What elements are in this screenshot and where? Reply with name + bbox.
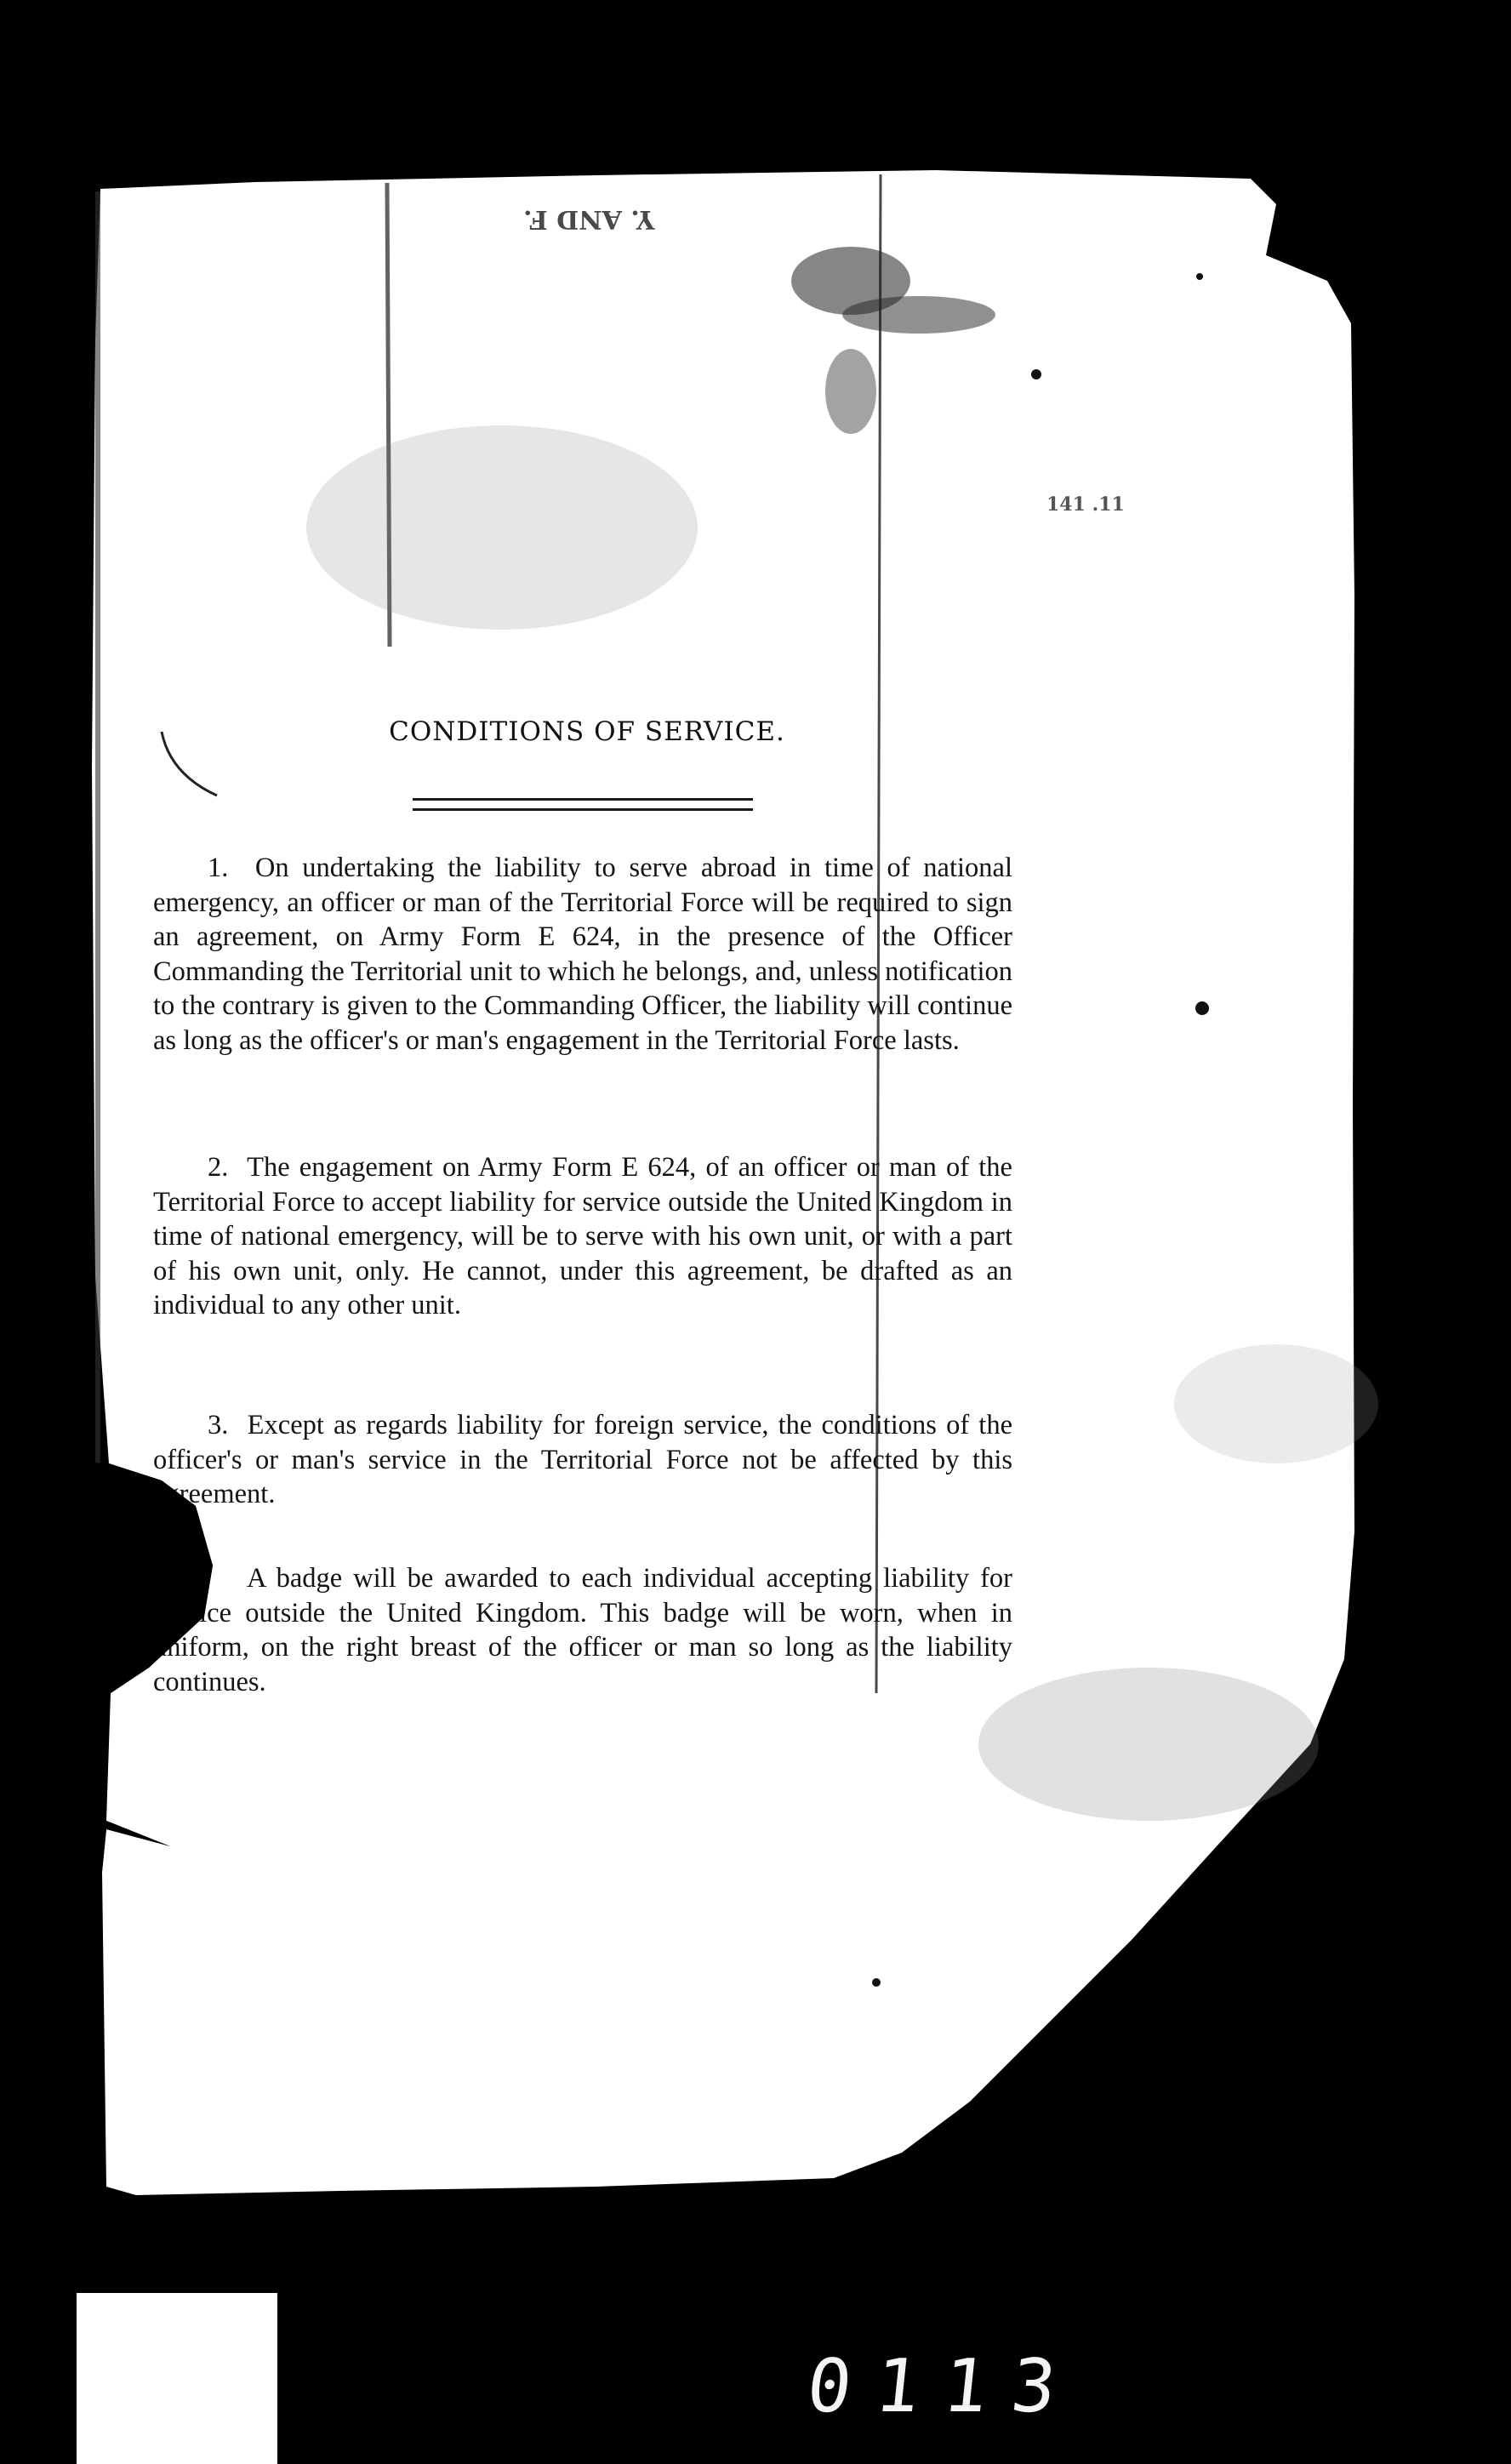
condition-paragraph-1: 1. On undertaking the liability to serve… <box>153 851 1012 1058</box>
frame-digit: 1 <box>936 2344 996 2429</box>
condition-paragraph-2: 2. The engagement on Army Form E 624, of… <box>153 1150 1012 1323</box>
condition-paragraph-4: A badge will be awarded to each individu… <box>153 1561 1012 1699</box>
microfilm-frame-number: 0 1 1 3 <box>800 2344 1064 2429</box>
paragraph-text: Except as regards liability for foreign … <box>153 1410 1012 1509</box>
bleedthrough-text-top: Y. AND F. <box>523 204 654 234</box>
film-leader-label-blank <box>77 2293 277 2464</box>
paragraph-text: The engagement on Army Form E 624, of an… <box>153 1152 1012 1320</box>
condition-paragraph-3: 3. Except as regards liability for forei… <box>153 1408 1012 1512</box>
heading-double-rule-bottom <box>413 808 753 811</box>
frame-digit: 0 <box>800 2344 860 2429</box>
paragraph-number: 3. <box>208 1410 228 1440</box>
paragraph-number: 1. <box>208 853 228 883</box>
frame-digit: 1 <box>868 2344 928 2429</box>
paragraph-text: On undertaking the liability to serve ab… <box>153 853 1012 1056</box>
paragraph-number: 2. <box>208 1152 228 1183</box>
paragraph-text: A badge will be awarded to each individu… <box>153 1563 1012 1697</box>
document-heading: CONDITIONS OF SERVICE. <box>374 716 800 747</box>
bleedthrough-text-right: 141 .11 <box>1046 493 1125 516</box>
heading-double-rule-top <box>413 798 753 801</box>
frame-digit: 3 <box>1004 2344 1064 2429</box>
